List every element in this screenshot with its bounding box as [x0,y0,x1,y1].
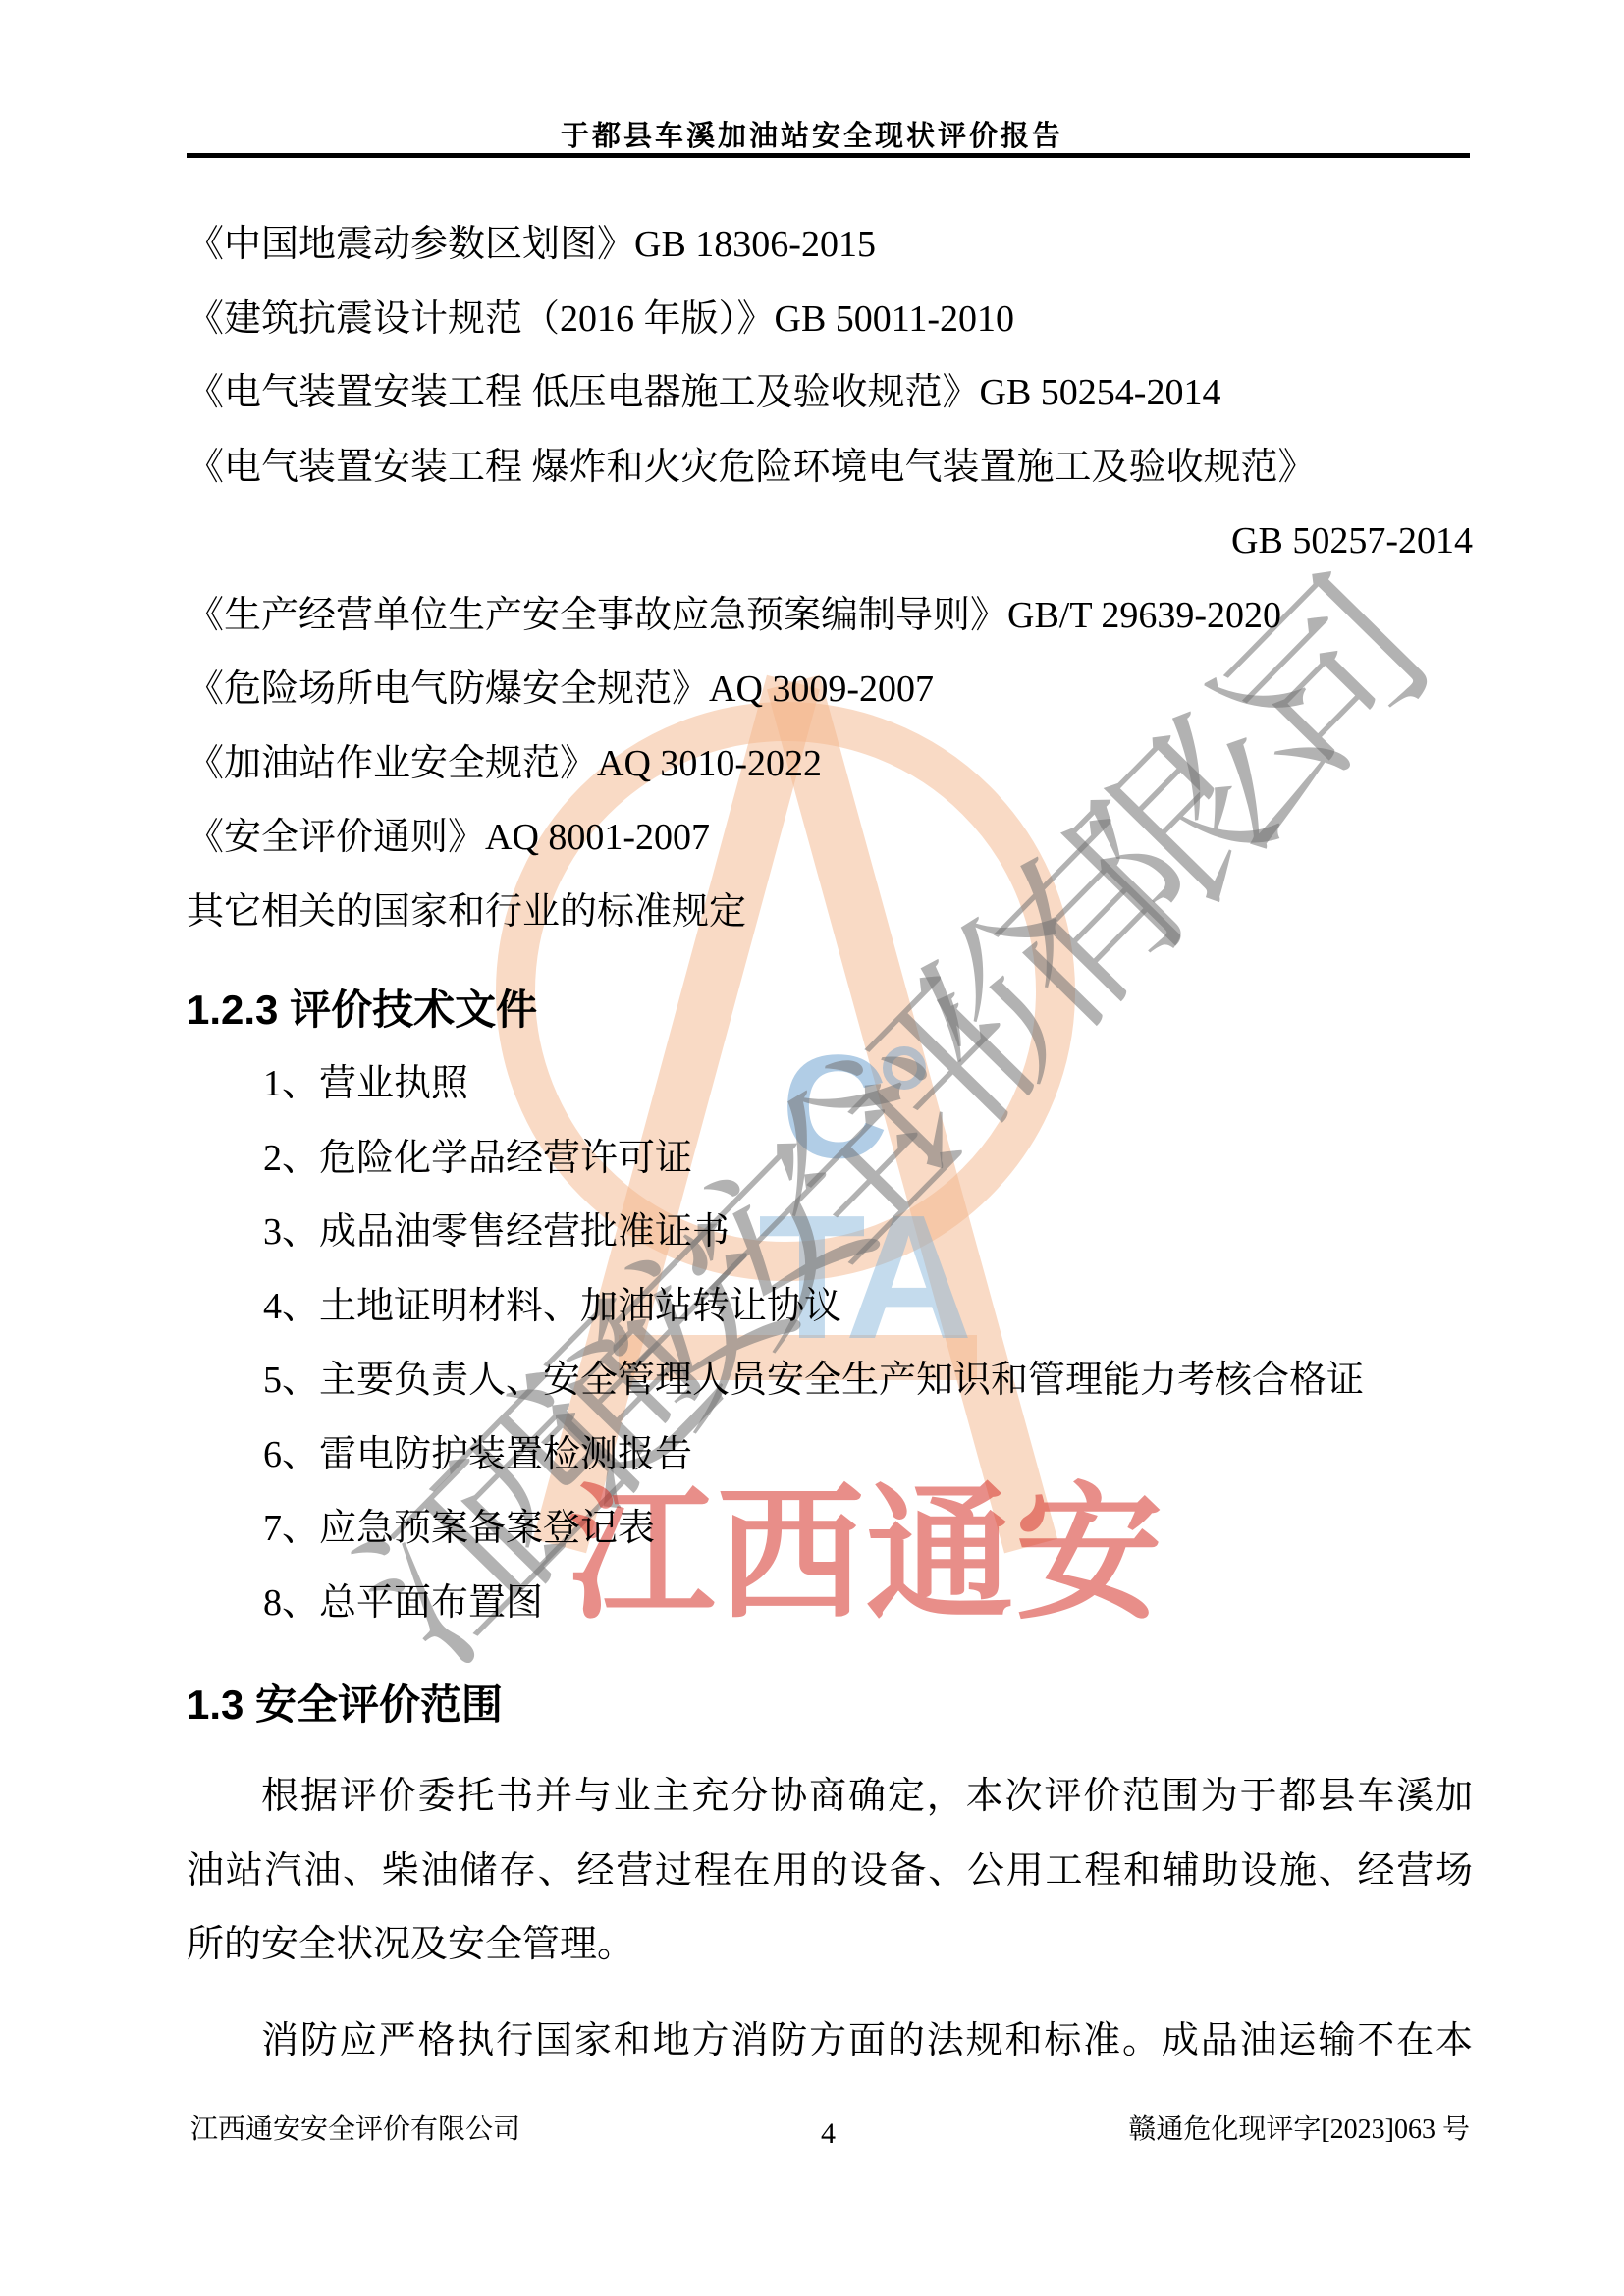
tech-file-item: 8、总平面布置图 [187,1567,1473,1641]
section-heading-1-3: 1.3 安全评价范围 [187,1668,1473,1742]
standard-line: 《安全评价通则》AQ 8001-2007 [187,801,1473,876]
tech-file-item: 1、营业执照 [187,1047,1473,1122]
standard-line-continuation: GB 50257-2014 [187,505,1473,579]
section-heading-1-2-3: 1.2.3 评价技术文件 [187,973,1473,1047]
standard-line: 《电气装置安装工程 低压电器施工及验收规范》GB 50254-2014 [187,356,1473,431]
paragraph-line: 消防应严格执行国家和地方消防方面的法规和标准。成品油运输不在本 [187,2004,1473,2079]
paragraph-line: 根据评价委托书并与业主充分协商确定，本次评价范围为于都县车溪加 [187,1760,1473,1835]
tech-file-item: 5、主要负责人、安全管理人员安全生产知识和管理能力考核合格证 [187,1344,1473,1418]
tech-file-item: 7、应急预案备案登记表 [187,1492,1473,1567]
page-footer: 江西通安安全评价有限公司 4 赣通危化现评字[2023]063 号 [187,2110,1470,2150]
tech-file-item: 6、雷电防护装置检测报告 [187,1418,1473,1493]
standard-line: 《中国地震动参数区划图》GB 18306-2015 [187,208,1473,283]
standard-line: 《危险场所电气防爆安全规范》AQ 3009-2007 [187,653,1473,727]
tech-file-item: 2、危险化学品经营许可证 [187,1122,1473,1197]
standard-line: 《建筑抗震设计规范（2016 年版）》GB 50011-2010 [187,283,1473,357]
paragraph-line: 油站汽油、柴油储存、经营过程在用的设备、公用工程和辅助设施、经营场 [187,1835,1473,1909]
body-column: 《中国地震动参数区划图》GB 18306-2015 《建筑抗震设计规范（2016… [187,208,1473,2078]
header-rule [187,153,1470,158]
page-header-title: 于都县车溪加油站安全现状评价报告 [0,114,1624,154]
tech-file-item: 4、土地证明材料、加油站转让协议 [187,1270,1473,1345]
standard-line: 《电气装置安装工程 爆炸和火灾危险环境电气装置施工及验收规范》 [187,431,1473,506]
footer-page-number: 4 [821,2114,836,2154]
document-content: 于都县车溪加油站安全现状评价报告 《中国地震动参数区划图》GB 18306-20… [0,0,1624,2296]
standard-line: 《生产经营单位生产安全事故应急预案编制导则》GB/T 29639-2020 [187,579,1473,654]
standard-line: 《加油站作业安全规范》AQ 3010-2022 [187,727,1473,802]
footer-company-name: 江西通安安全评价有限公司 [190,2110,520,2150]
tech-file-item: 3、成品油零售经营批准证书 [187,1196,1473,1270]
footer-doc-number: 赣通危化现评字[2023]063 号 [1128,2110,1470,2150]
document-page: C TA 江西通安安全评价有限公司 江西通安 于都县车溪加油站安全现状评价报告 … [0,0,1624,2296]
paragraph-line: 所的安全状况及安全管理。 [187,1908,1473,1983]
standard-line: 其它相关的国家和行业的标准规定 [187,876,1473,950]
